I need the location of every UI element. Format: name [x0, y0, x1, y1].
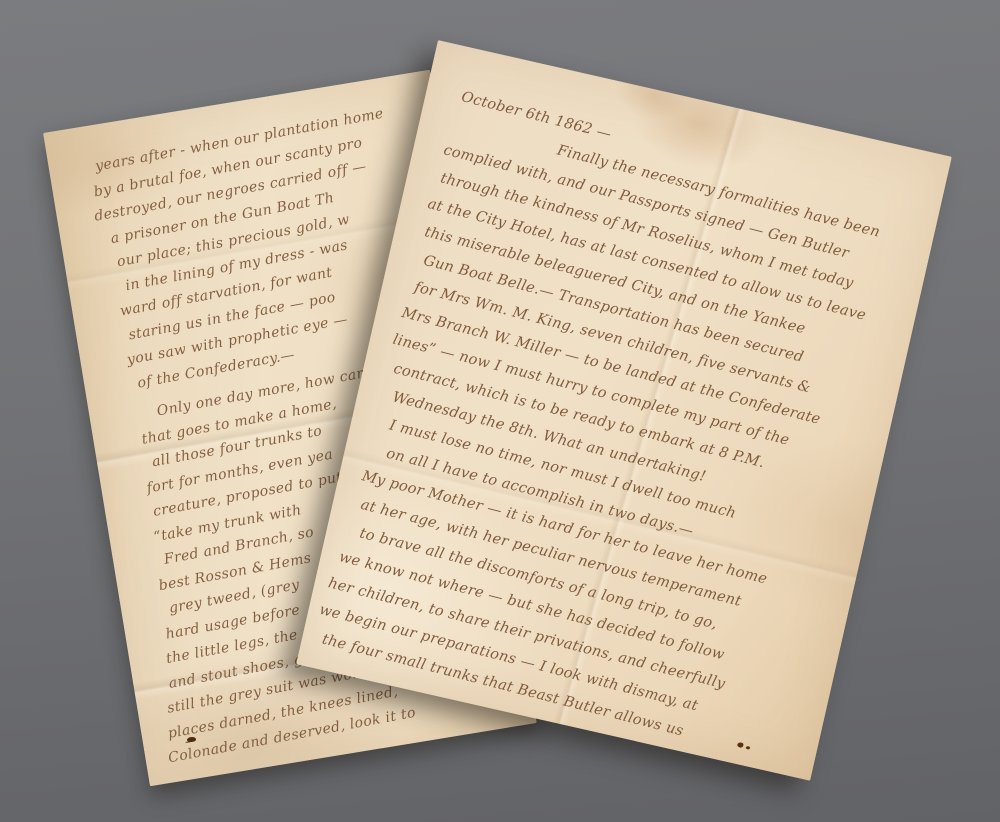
photo-backdrop: years after - when our plantation home b… — [0, 0, 1000, 822]
